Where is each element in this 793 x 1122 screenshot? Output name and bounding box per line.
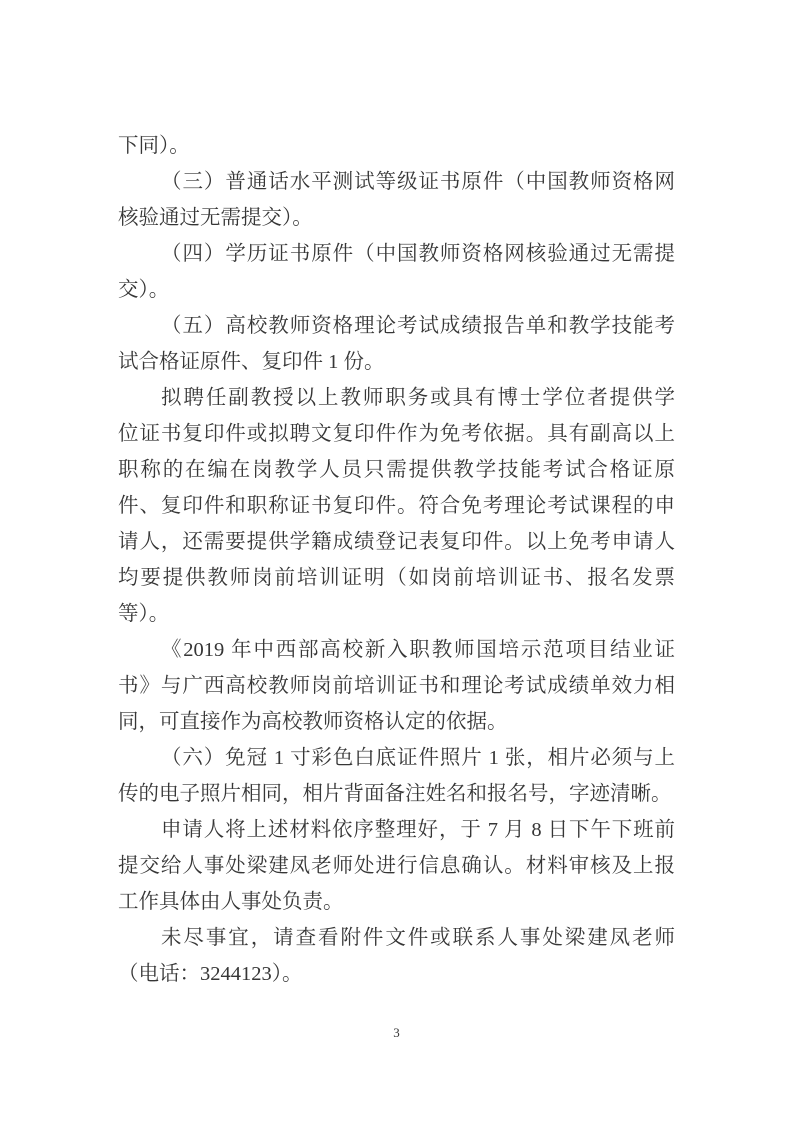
text-line: 传的电子照片相同，相片背面备注姓名和报名号，字迹清晰。 bbox=[118, 776, 675, 812]
text-line: 未尽事宜，请查看附件文件或联系人事处梁建凤老师 bbox=[118, 920, 675, 956]
text-line: （三）普通话水平测试等级证书原件（中国教师资格网 bbox=[118, 164, 675, 200]
paragraph: （三）普通话水平测试等级证书原件（中国教师资格网核验通过无需提交）。 bbox=[118, 164, 675, 236]
paragraph: 拟聘任副教授以上教师职务或具有博士学位者提供学位证书复印件或拟聘文复印件作为免考… bbox=[118, 380, 675, 632]
text-line: 请人，还需要提供学籍成绩登记表复印件。以上免考申请人 bbox=[118, 524, 675, 560]
text-line: 同，可直接作为高校教师资格认定的依据。 bbox=[118, 704, 675, 740]
text-line: 位证书复印件或拟聘文复印件作为免考依据。具有副高以上 bbox=[118, 416, 675, 452]
text-line: 核验通过无需提交）。 bbox=[118, 200, 675, 236]
paragraph: 未尽事宜，请查看附件文件或联系人事处梁建凤老师（电话：3244123）。 bbox=[118, 920, 675, 992]
text-line: 拟聘任副教授以上教师职务或具有博士学位者提供学 bbox=[118, 380, 675, 416]
text-line: （四）学历证书原件（中国教师资格网核验通过无需提 bbox=[118, 236, 675, 272]
document-page: 下同）。（三）普通话水平测试等级证书原件（中国教师资格网核验通过无需提交）。（四… bbox=[0, 0, 793, 1122]
text-line: 职称的在编在岗教学人员只需提供教学技能考试合格证原 bbox=[118, 452, 675, 488]
text-line: 《2019 年中西部高校新入职教师国培示范项目结业证 bbox=[118, 632, 675, 668]
paragraph: （六）免冠 1 寸彩色白底证件照片 1 张，相片必须与上传的电子照片相同，相片背… bbox=[118, 740, 675, 812]
text-line: （电话：3244123）。 bbox=[118, 956, 675, 992]
paragraph: 下同）。 bbox=[118, 128, 675, 164]
document-body: 下同）。（三）普通话水平测试等级证书原件（中国教师资格网核验通过无需提交）。（四… bbox=[118, 128, 675, 992]
paragraph: 申请人将上述材料依序整理好，于 7 月 8 日下午下班前提交给人事处梁建凤老师处… bbox=[118, 812, 675, 920]
text-line: （五）高校教师资格理论考试成绩报告单和教学技能考 bbox=[118, 308, 675, 344]
text-line: 试合格证原件、复印件 1 份。 bbox=[118, 344, 675, 380]
text-line: 均要提供教师岗前培训证明（如岗前培训证书、报名发票 bbox=[118, 560, 675, 596]
text-line: 交）。 bbox=[118, 272, 675, 308]
text-line: 提交给人事处梁建凤老师处进行信息确认。材料审核及上报 bbox=[118, 848, 675, 884]
paragraph: 《2019 年中西部高校新入职教师国培示范项目结业证书》与广西高校教师岗前培训证… bbox=[118, 632, 675, 740]
text-line: 书》与广西高校教师岗前培训证书和理论考试成绩单效力相 bbox=[118, 668, 675, 704]
text-line: （六）免冠 1 寸彩色白底证件照片 1 张，相片必须与上 bbox=[118, 740, 675, 776]
text-line: 等）。 bbox=[118, 596, 675, 632]
paragraph: （五）高校教师资格理论考试成绩报告单和教学技能考试合格证原件、复印件 1 份。 bbox=[118, 308, 675, 380]
text-line: 下同）。 bbox=[118, 128, 675, 164]
paragraph: （四）学历证书原件（中国教师资格网核验通过无需提交）。 bbox=[118, 236, 675, 308]
text-line: 工作具体由人事处负责。 bbox=[118, 884, 675, 920]
text-line: 件、复印件和职称证书复印件。符合免考理论考试课程的申 bbox=[118, 488, 675, 524]
text-line: 申请人将上述材料依序整理好，于 7 月 8 日下午下班前 bbox=[118, 812, 675, 848]
page-number: 3 bbox=[0, 1015, 793, 1051]
